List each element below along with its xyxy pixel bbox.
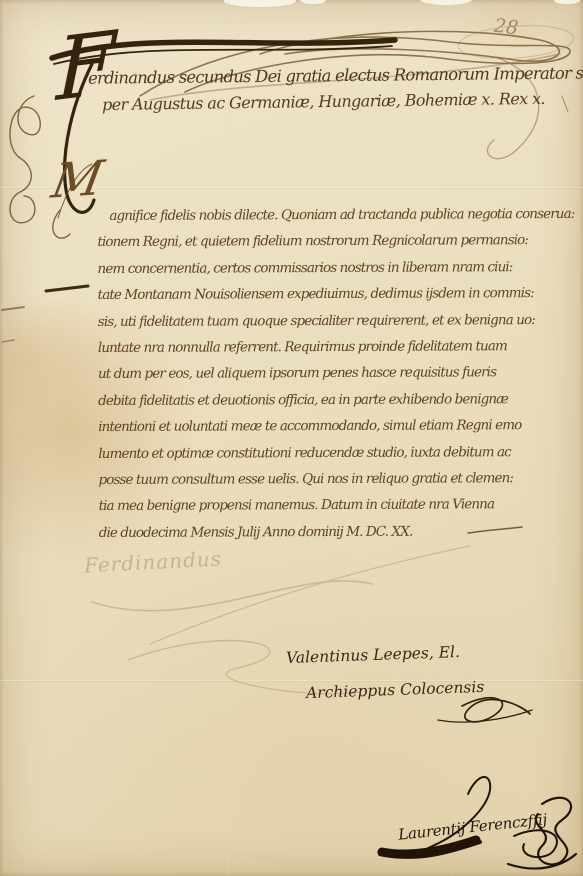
header-line-2: per Augustus ac Germaniæ, Hungariæ, Bohe…	[102, 89, 545, 114]
fold-crease-horizontal	[0, 680, 583, 682]
body-line: ut dum per eos, uel aliquem ipsorum pene…	[98, 359, 560, 387]
body-line: nem concernentia, certos commissarios no…	[97, 254, 559, 282]
body-line: debita fidelitatis et deuotionis officia…	[98, 386, 560, 414]
torn-edge	[224, 0, 296, 7]
body-line: tia mea benigne propensi manemus. Datum …	[99, 491, 561, 519]
body-line: sis, uti fidelitatem tuam quoque special…	[98, 307, 560, 335]
header-line-1: erdinandus secundus Dei gratia electus R…	[88, 63, 583, 87]
body-line: posse tuum consultum esse uelis. Qui nos…	[98, 465, 560, 493]
body-line: lumento et optimæ constitutioni reducend…	[98, 439, 560, 467]
body-line: intentioni et uoluntati meæ te accommoda…	[98, 412, 560, 440]
royal-signature: Ferdinandus	[83, 546, 222, 577]
secretary-signature: Laurentij Ferenczffij	[397, 810, 547, 844]
torn-edge	[420, 0, 472, 5]
body-drop-cap: M	[48, 154, 106, 205]
manuscript-page: 28 F erdinandus secundus Dei gratia elec…	[0, 0, 583, 876]
letter-body: agnifice fidelis nobis dilecte. Quoniam …	[97, 201, 560, 546]
body-line: agnifice fidelis nobis dilecte. Quoniam …	[97, 201, 559, 229]
body-line: die duodecima Mensis Julij Anno dominij …	[99, 518, 561, 546]
torn-edge	[554, 0, 580, 4]
torn-edge	[300, 0, 326, 4]
prelate-signature-line-1: Valentinus Leepes, El.	[286, 643, 460, 667]
folio-number: 28	[493, 15, 520, 40]
body-line: tate Montanam Nouisoliensem expediuimus,…	[98, 280, 560, 308]
body-line: tionem Regni, et quietem fidelium nostro…	[97, 227, 559, 255]
body-line: luntate nra nonnulla referrent. Requirim…	[98, 333, 560, 361]
